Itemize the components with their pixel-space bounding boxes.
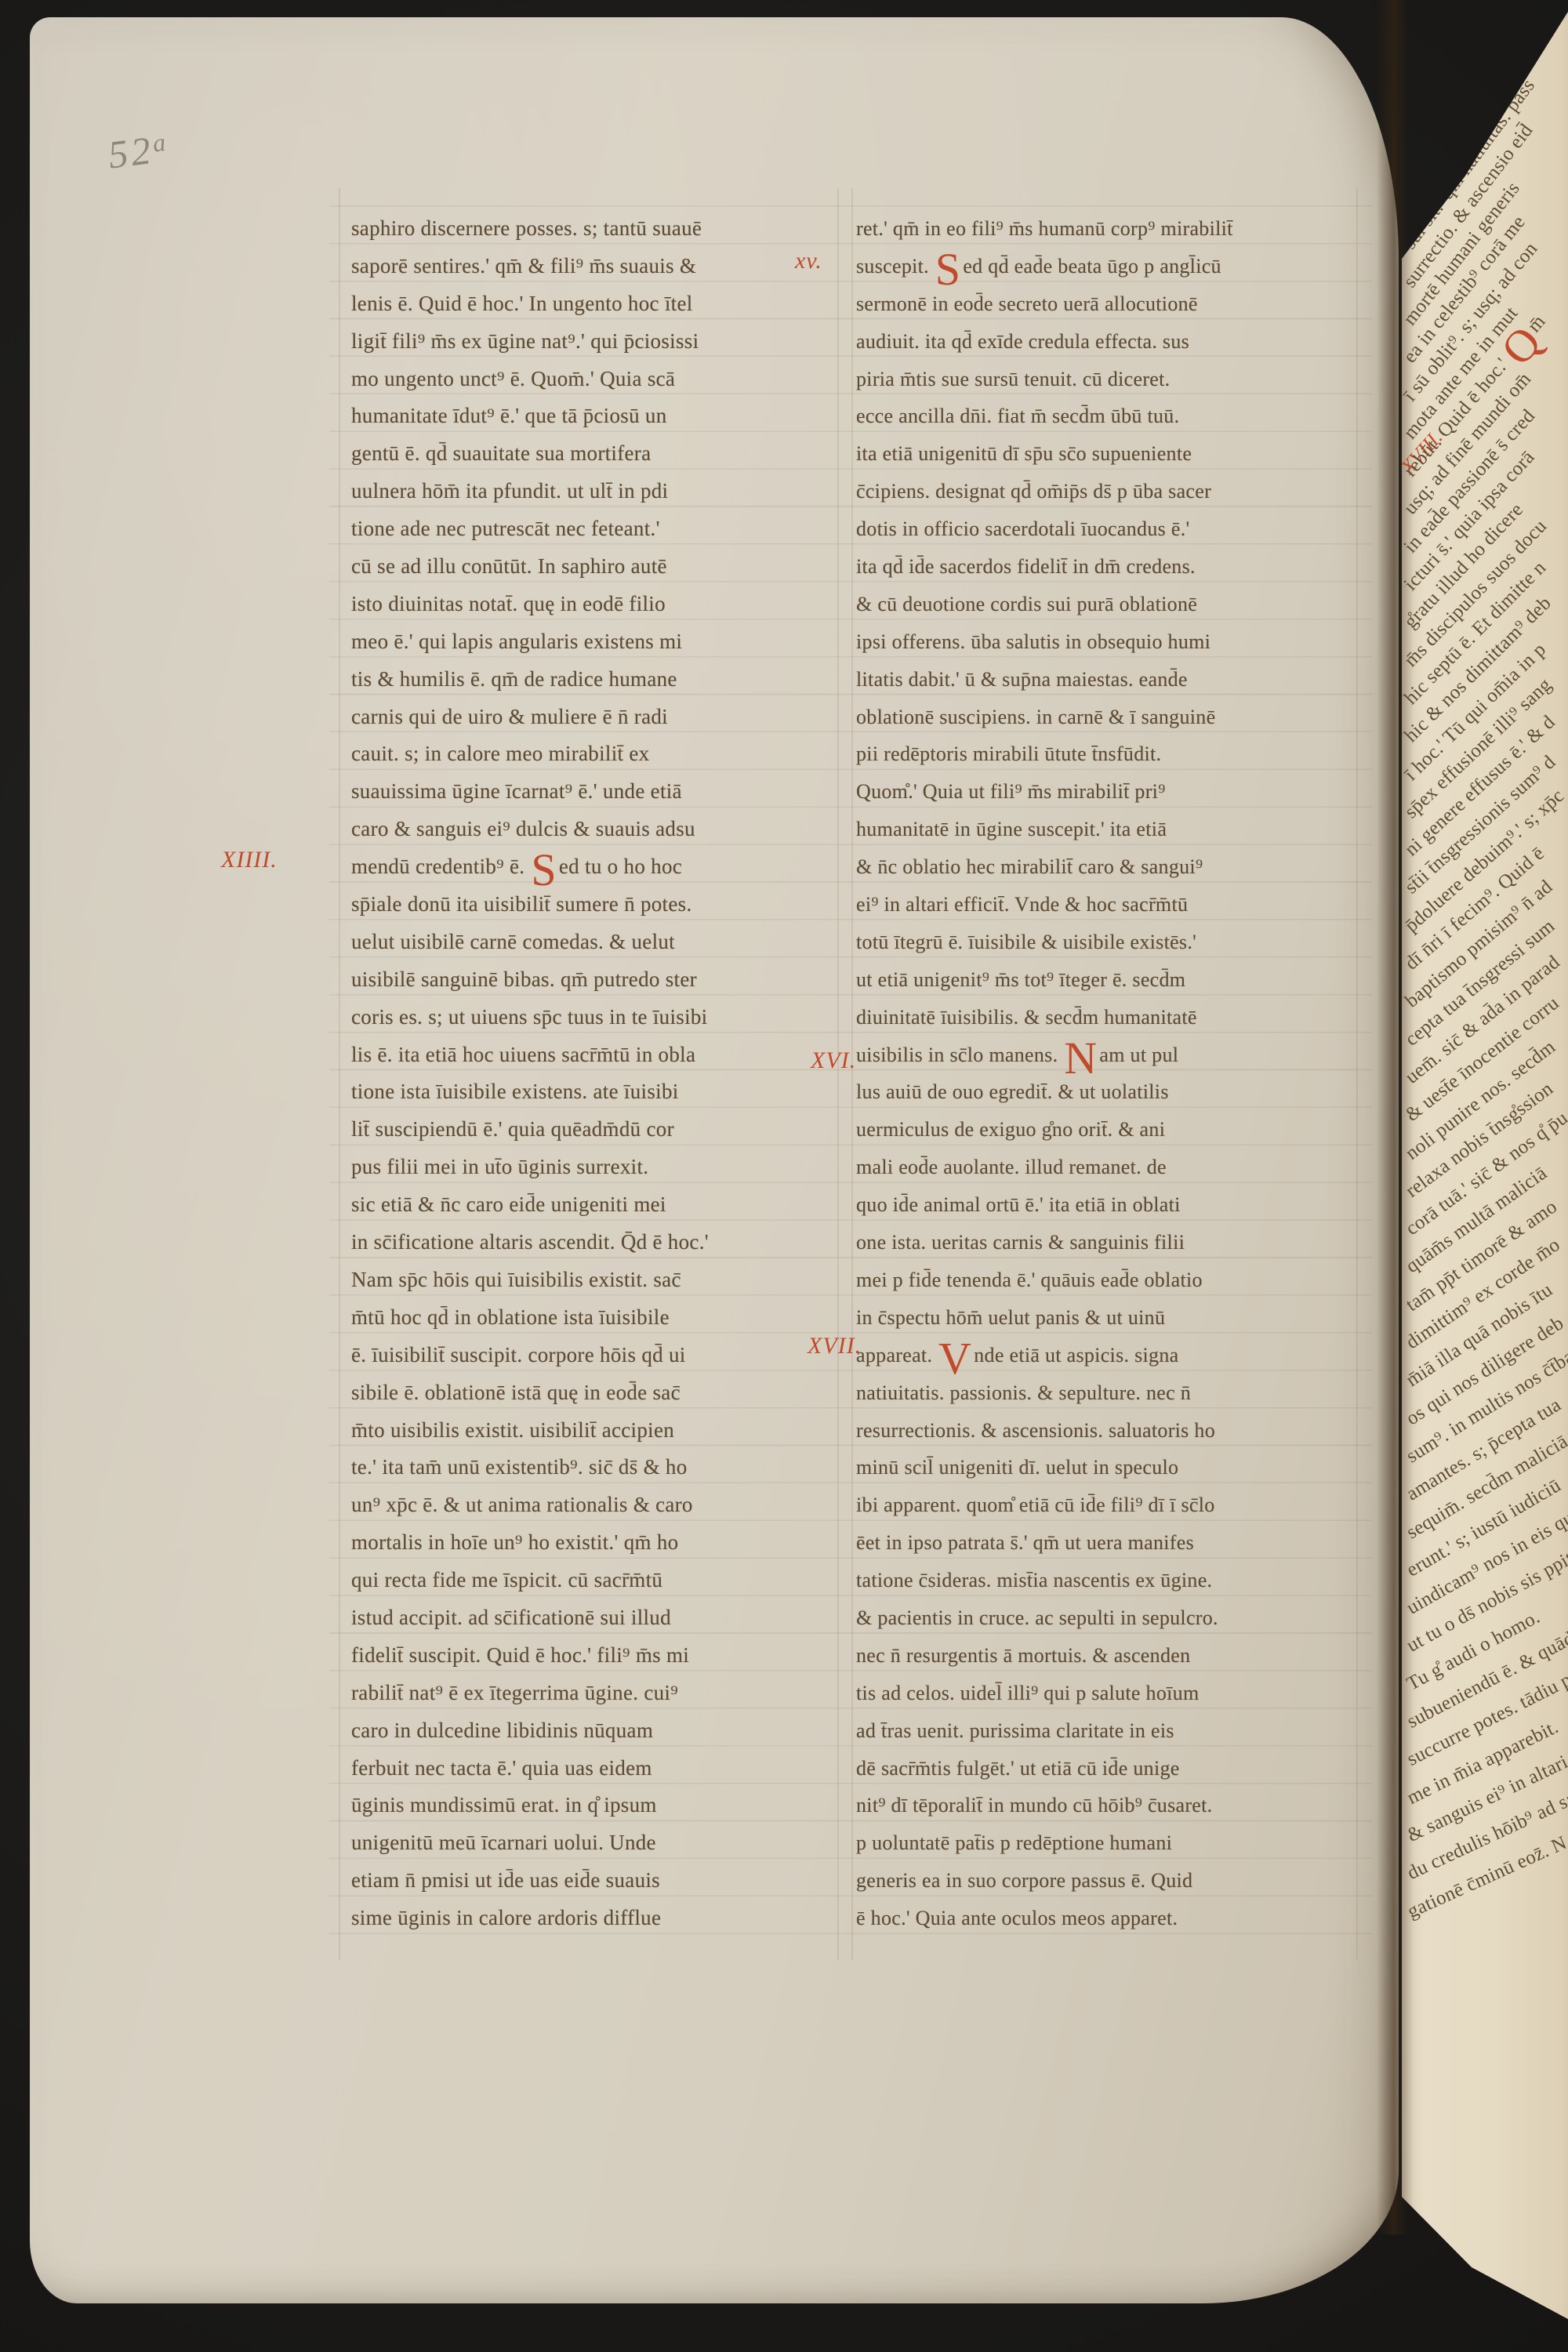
- right-text-column: ret.' qm̄ in eo fili⁹ m̄s humanū corp⁹ m…: [856, 210, 1367, 1937]
- text-line: Quom̊.' Quia ut fili⁹ m̄s mirabilit̄ pri…: [856, 773, 1367, 811]
- text-line: isto diuinitas notat̄. quę in eodē filio: [351, 586, 845, 623]
- text-line: te.' ita tam̄ unū existentib⁹. sic̄ ds̄ …: [351, 1449, 845, 1486]
- text-line: & cū deuotione cordis sui purā oblationē: [856, 586, 1367, 623]
- text-line: tatione c̄sideras. mist̄ia nascentis ex …: [856, 1562, 1367, 1599]
- text-line: mortalis in hoīe un⁹ ho existit.' qm̄ ho: [351, 1524, 845, 1562]
- text-line: mali eod̄e auolante. illud remanet. de: [856, 1149, 1367, 1186]
- text-line: caro in dulcedine libidinis nūquam: [351, 1712, 845, 1750]
- facing-page-edge: XVIII. quid fili⁹ m̄s xp̄c amorē hsui si…: [1402, 0, 1568, 2352]
- text-line: tis ad celos. uidel̄ illi⁹ qui p salute …: [856, 1675, 1367, 1712]
- folio-number: 52: [106, 128, 156, 177]
- text-line: ipsi offerens. ūba salutis in obsequio h…: [856, 623, 1367, 661]
- text-line: lus auiū de ouo egredit̄. & ut uolatilis: [856, 1073, 1367, 1111]
- text-line: nit⁹ dī tēporalit̄ in mundo cū hōib⁹ c̄u…: [856, 1787, 1367, 1824]
- text-line: dē sacr̄m̄tis fulgēt.' ut etiā cū id̄e u…: [856, 1750, 1367, 1788]
- text-line: carnis qui de uiro & muliere ē n̄ radi: [351, 699, 845, 736]
- text-line: in c̄spectu hōm̄ uelut panis & ut uinū: [856, 1299, 1367, 1337]
- folio-suffix: a: [151, 127, 170, 157]
- text-line: & n̄c oblatio hec mirabilit̄ caro & sang…: [856, 848, 1367, 886]
- text-line: nec n̄ resurgentis ā mortuis. & ascenden: [856, 1637, 1367, 1675]
- text-line: sime ūginis in calore ardoris difflue: [351, 1900, 845, 1937]
- text-line: m̄to uisibilis existit. uisibilit̄ accip…: [351, 1412, 845, 1450]
- text-line: ē. īuisibilit̄ suscipit. corpore hōis qd…: [351, 1337, 845, 1374]
- text-line: sic etiā & n̄c caro eid̄e unigeniti mei: [351, 1186, 845, 1224]
- text-line: tione ade nec putrescāt nec feteant.': [351, 510, 845, 548]
- text-line: fidelit̄ suscipit. Quid ē hoc.' fili⁹ m̄…: [351, 1637, 845, 1675]
- text-line: gentū ē. qd̄ suauitate sua mortifera: [351, 435, 845, 473]
- text-line: ferbuit nec tacta ē.' quia uas eidem: [351, 1750, 845, 1788]
- text-line: istud accipit. ad sc̄ificationē sui illu…: [351, 1599, 845, 1637]
- text-line: saporē sentires.' qm̄ & fili⁹ m̄s suauis…: [351, 248, 845, 285]
- column-rule-right-outer: [851, 188, 853, 1960]
- text-line: meo ē.' qui lapis angularis existens mi: [351, 623, 845, 661]
- text-line: lit̄ suscipiendū ē.' quia quēadm̄dū cor: [351, 1111, 845, 1149]
- text-line: c̄cipiens. designat qd̄ om̄ip̄s ds̄ p ūb…: [856, 473, 1367, 510]
- text-line: minū scil̄ unigeniti dī. uelut in specul…: [856, 1449, 1367, 1486]
- text-line: mo ungento unct⁹ ē. Quom̄.' Quia scā: [351, 361, 845, 398]
- text-line: qui recta fide me īspicit. cū sacr̄m̄tū: [351, 1562, 845, 1599]
- text-line: uelut uisibilē carnē comedas. & uelut: [351, 924, 845, 961]
- text-line: m̄tū hoc qd̄ in oblatione ista īuisibile: [351, 1299, 845, 1337]
- text-line: uisibilis in sc̄lo manens. Nam ut pul: [856, 1036, 1367, 1074]
- chapter-numeral-xv: xv.: [795, 248, 822, 274]
- text-line: ē hoc.' Quia ante oculos meos apparet.: [856, 1900, 1367, 1937]
- text-line: humanitate īdut⁹ ē.' que tā p̄ciosū un: [351, 397, 845, 435]
- text-line: litatis dabit.' ū & sup̄na maiestas. ean…: [856, 661, 1367, 699]
- text-line: suauissima ūgine īcarnat⁹ ē.' unde etiā: [351, 773, 845, 811]
- text-line: ligit̄ fili⁹ m̄s ex ūgine nat⁹.' qui p̄c…: [351, 323, 845, 361]
- text-line: natiuitatis. passionis. & sepulture. nec…: [856, 1374, 1367, 1412]
- chapter-numeral-xvii: XVII.: [808, 1333, 862, 1359]
- text-line: ad t̄ras uenit. purissima claritate in e…: [856, 1712, 1367, 1750]
- left-text-column: saphiro discernere posses. s; tantū suau…: [351, 210, 845, 1937]
- text-line: generis ea in suo corpore passus ē. Quid: [856, 1862, 1367, 1900]
- text-line: one ista. ueritas carnis & sanguinis fil…: [856, 1224, 1367, 1261]
- text-line: suscepit. Sed qd̄ ead̄e beata ūgo p angl…: [856, 248, 1367, 285]
- text-line: uulnera hōm̄ ita pfundit. ut ult̄ in pdi: [351, 473, 845, 510]
- text-line: appareat. Vnde etiā ut aspicis. signa: [856, 1337, 1367, 1374]
- text-line: p uoluntatē pat̄is p redēptione humani: [856, 1824, 1367, 1862]
- text-line: ibi apparent. quom̊ etiā cū id̄e fili⁹ d…: [856, 1486, 1367, 1524]
- text-line: humanitatē in ūgine suscepit.' ita etiā: [856, 811, 1367, 848]
- text-line: audiuit. ita qd̄ exīde credula effecta. …: [856, 323, 1367, 361]
- text-line: diuinitatē īuisibilis. & secd̄m humanita…: [856, 999, 1367, 1036]
- text-line: uermiculus de exiguo g̊no orit̄. & ani: [856, 1111, 1367, 1149]
- text-line: ita qd̄ id̄e sacerdos fidelit̄ in dm̄ cr…: [856, 548, 1367, 586]
- photograph-of-open-codex: { "page": { "folio_number": "52", "folio…: [0, 0, 1568, 2352]
- text-line: ēet in ipso patrata s̄.' qm̄ ut uera man…: [856, 1524, 1367, 1562]
- text-line: lis ē. ita etiā hoc uiuens sacr̄m̄tū in …: [351, 1036, 845, 1074]
- chapter-numeral-xvi: XVI.: [811, 1047, 856, 1074]
- text-line: ut etiā unigenit⁹ m̄s tot⁹ īteger ē. sec…: [856, 961, 1367, 999]
- text-line: Nam sp̄c hōis qui īuisibilis existit. sa…: [351, 1261, 845, 1299]
- text-line: tione ista īuisibile existens. ate īuisi…: [351, 1073, 845, 1111]
- text-line: ei⁹ in altari efficit̄. Vnde & hoc sacr̄…: [856, 886, 1367, 924]
- text-line: sp̄iale donū ita uisibilit̄ sumere n̄ po…: [351, 886, 845, 924]
- text-line: pus filii mei in ut̄o ūginis surrexit.: [351, 1149, 845, 1186]
- text-line: un⁹ xp̄c ē. & ut anima rationalis & caro: [351, 1486, 845, 1524]
- text-line: & pacientis in cruce. ac sepulti in sepu…: [856, 1599, 1367, 1637]
- text-line: cauit. s; in calore meo mirabilit̄ ex: [351, 735, 845, 773]
- text-line: unigenitū meū īcarnari uolui. Unde: [351, 1824, 845, 1862]
- text-line: tis & humilis ē. qm̄ de radice humane: [351, 661, 845, 699]
- text-line: uisibilē sanguinē bibas. qm̄ putredo ste…: [351, 961, 845, 999]
- text-line: ecce ancilla dn̄i. fiat m̄ secd̄m ūbū tu…: [856, 397, 1367, 435]
- text-line: pii redēptoris mirabili ūtute t̄nsfūdit.: [856, 735, 1367, 773]
- text-line: oblationē suscipiens. in carnē & ī sangu…: [856, 699, 1367, 736]
- text-line: coris es. s; ut uiuens sp̄c tuus in te ī…: [351, 999, 845, 1036]
- text-line: mendū credentib⁹ ē. Sed tu o ho hoc: [351, 848, 845, 886]
- folio-number-pencil: 52a: [106, 125, 172, 177]
- text-line: cū se ad illu conūtūt. In saphiro autē: [351, 548, 845, 586]
- text-line: caro & sanguis ei⁹ dulcis & suauis adsu: [351, 811, 845, 848]
- text-line: rabilit̄ nat⁹ ē ex ītegerrima ūgine. cui…: [351, 1675, 845, 1712]
- text-line: lenis ē. Quid ē hoc.' In ungento hoc īte…: [351, 285, 845, 323]
- column-rule-left-outer: [339, 188, 340, 1960]
- text-line: sermonē in eod̄e secreto uerā allocution…: [856, 285, 1367, 323]
- text-line: etiam n̄ pmisi ut id̄e uas eid̄e suauis: [351, 1862, 845, 1900]
- text-line: saphiro discernere posses. s; tantū suau…: [351, 210, 845, 248]
- text-line: totū ītegrū ē. īuisibile & uisibile exis…: [856, 924, 1367, 961]
- text-line: quo id̄e animal ortū ē.' ita etiā in obl…: [856, 1186, 1367, 1224]
- text-line: ūginis mundissimū erat. in q̊ ipsum: [351, 1787, 845, 1824]
- text-line: piria m̄tis sue sursū tenuit. cū diceret…: [856, 361, 1367, 398]
- chapter-numeral-xiiii: XIIII.: [221, 847, 278, 873]
- text-line: resurrectionis. & ascensionis. saluatori…: [856, 1412, 1367, 1450]
- text-line: dotis in officio sacerdotali īuocandus ē…: [856, 510, 1367, 548]
- text-line: sibile ē. oblationē istā quę in eod̄e sa…: [351, 1374, 845, 1412]
- text-line: in sc̄ificatione altaris ascendit. Q̄d ē…: [351, 1224, 845, 1261]
- text-line: ret.' qm̄ in eo fili⁹ m̄s humanū corp⁹ m…: [856, 210, 1367, 248]
- text-line: ita etiā unigenitū dī sp̄u sc̄o supuenie…: [856, 435, 1367, 473]
- text-line: mei p fid̄e tenenda ē.' quāuis ead̄e obl…: [856, 1261, 1367, 1299]
